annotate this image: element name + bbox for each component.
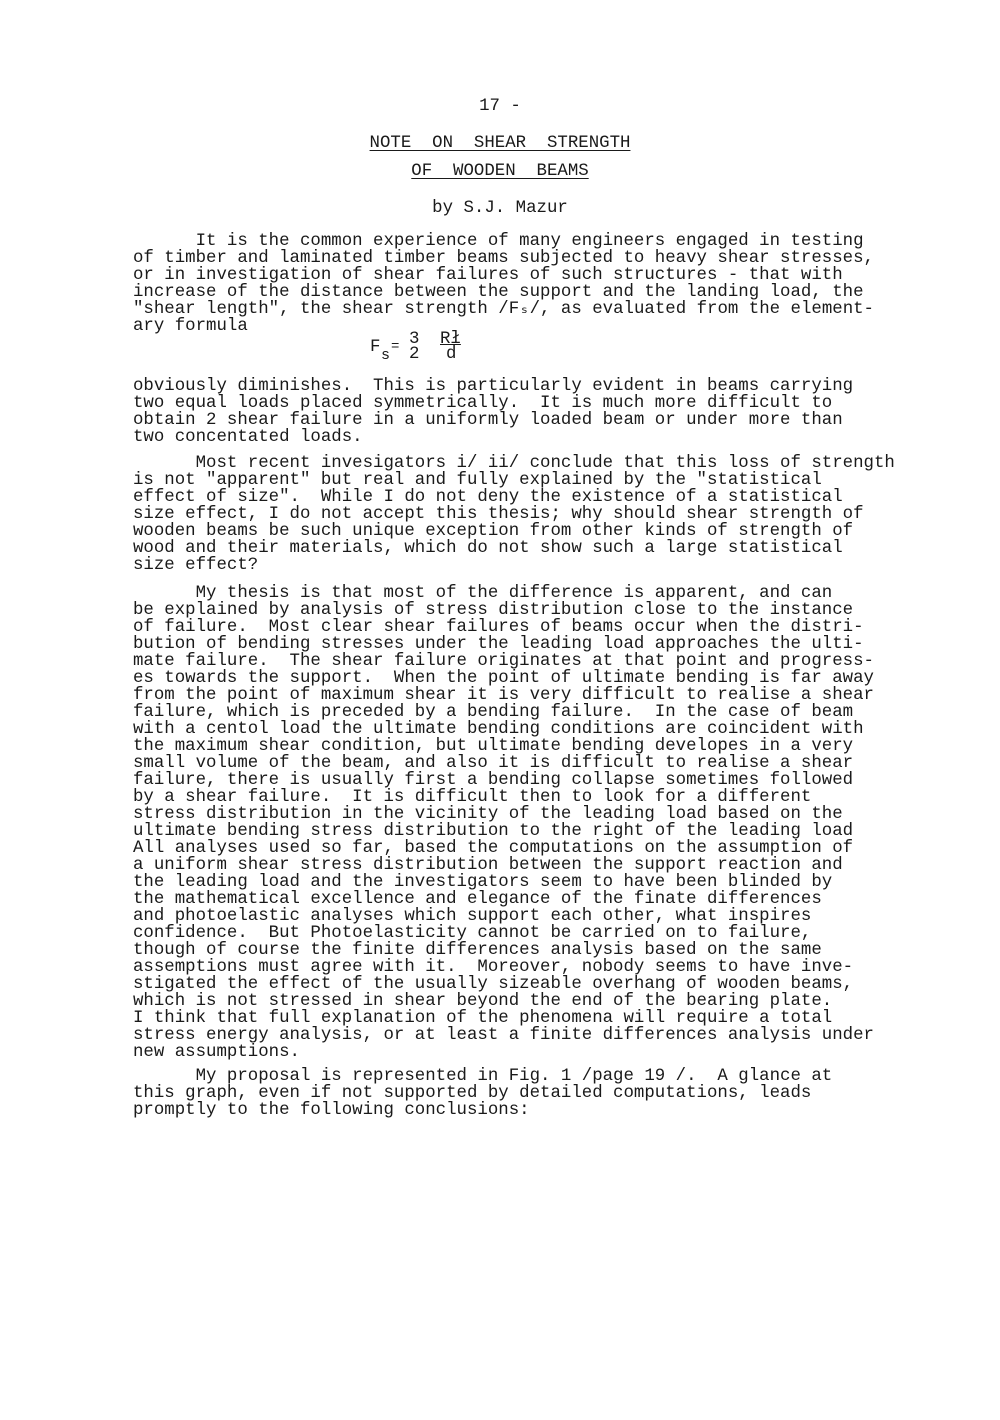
text-line: assemptions must agree with it. Moreover…	[133, 959, 893, 976]
paragraph-4: My thesis is that most of the difference…	[133, 585, 893, 1061]
text-line: stress energy analysis, or at least a fi…	[133, 1027, 893, 1044]
text-line: the leading load and the investigators s…	[133, 874, 893, 891]
text-line: this graph, even if not supported by det…	[133, 1085, 893, 1102]
text-line: confidence. But Photoelasticity cannot b…	[133, 925, 893, 942]
text-line: All analyses used so far, based the comp…	[133, 840, 893, 857]
paragraph-2: obviously diminishes. This is particular…	[133, 378, 893, 446]
text-line: two concentated loads.	[133, 429, 893, 446]
text-line: I think that full explanation of the phe…	[133, 1010, 893, 1027]
text-line: My thesis is that most of the difference…	[133, 585, 893, 602]
text-line: with a centol load the ultimate bending …	[133, 721, 893, 738]
text-line: effect of size". While I do not deny the…	[133, 489, 893, 506]
formula-fraction1-denominator: 2	[409, 346, 419, 363]
text-line: wood and their materials, which do not s…	[133, 540, 893, 557]
text-line: ary formula	[133, 318, 893, 335]
text-line: stress distribution in the vicinity of t…	[133, 806, 893, 823]
shear-strength-formula: F s = 3 2 Rł d	[370, 333, 490, 369]
paragraph-3: Most recent invesigators i/ ii/ conclude…	[133, 455, 893, 574]
text-line: size effect, I do not accept this thesis…	[133, 506, 893, 523]
text-line: be explained by analysis of stress distr…	[133, 602, 893, 619]
title-line-2: OF WOODEN BEAMS	[0, 163, 1000, 180]
formula-fraction2-denominator: d	[446, 346, 456, 363]
text-line: es towards the support. When the point o…	[133, 670, 893, 687]
text-line: stigated the effect of the usually sizea…	[133, 976, 893, 993]
text-line: promptly to the following conclusions:	[133, 1102, 893, 1119]
title-line-1: NOTE ON SHEAR STRENGTH	[0, 135, 1000, 152]
text-line: which is not stressed in shear beyond th…	[133, 993, 893, 1010]
text-line: the mathematical excellence and elegance…	[133, 891, 893, 908]
document-page: 17 - NOTE ON SHEAR STRENGTH OF WOODEN BE…	[0, 0, 1000, 1420]
text-line: increase of the distance between the sup…	[133, 284, 893, 301]
text-line: of timber and laminated timber beams sub…	[133, 250, 893, 267]
text-line: of failure. Most clear shear failures of…	[133, 619, 893, 636]
title-text-2: OF WOODEN BEAMS	[411, 162, 588, 181]
text-line: wooden beams be such unique exception fr…	[133, 523, 893, 540]
text-line: obviously diminishes. This is particular…	[133, 378, 893, 395]
paragraph-1: It is the common experience of many engi…	[133, 233, 893, 335]
text-line: bution of bending stresses under the lea…	[133, 636, 893, 653]
text-line: by a shear failure. It is difficult then…	[133, 789, 893, 806]
text-line: new assumptions.	[133, 1044, 893, 1061]
text-line: My proposal is represented in Fig. 1 /pa…	[133, 1068, 893, 1085]
text-line: Most recent invesigators i/ ii/ conclude…	[133, 455, 893, 472]
text-line: ultimate bending stress distribution to …	[133, 823, 893, 840]
text-line: is not "apparent" but real and fully exp…	[133, 472, 893, 489]
formula-lhs-subscript: s	[381, 347, 390, 364]
text-line: failure, there is usually first a bendin…	[133, 772, 893, 789]
text-line: from the point of maximum shear it is ve…	[133, 687, 893, 704]
text-line: size effect?	[133, 557, 893, 574]
text-line: the maximum shear condition, but ultimat…	[133, 738, 893, 755]
formula-equals: =	[391, 339, 399, 356]
text-line: "shear length", the shear strength /Fₛ/,…	[133, 301, 893, 318]
text-line: small volume of the beam, and also it is…	[133, 755, 893, 772]
text-line: mate failure. The shear failure originat…	[133, 653, 893, 670]
title-text-1: NOTE ON SHEAR STRENGTH	[370, 134, 631, 153]
text-line: two equal loads placed symmetrically. It…	[133, 395, 893, 412]
text-line: or in investigation of shear failures of…	[133, 267, 893, 284]
text-line: and photoelastic analyses which support …	[133, 908, 893, 925]
text-line: obtain 2 shear failure in a uniformly lo…	[133, 412, 893, 429]
paragraph-5: My proposal is represented in Fig. 1 /pa…	[133, 1068, 893, 1119]
text-line: a uniform shear stress distribution betw…	[133, 857, 893, 874]
text-line: failure, which is preceded by a bending …	[133, 704, 893, 721]
formula-lhs: F	[370, 339, 380, 356]
text-line: though of course the finite differences …	[133, 942, 893, 959]
text-line: It is the common experience of many engi…	[133, 233, 893, 250]
author-byline: by S.J. Mazur	[0, 200, 1000, 217]
page-number: 17 -	[0, 98, 1000, 115]
